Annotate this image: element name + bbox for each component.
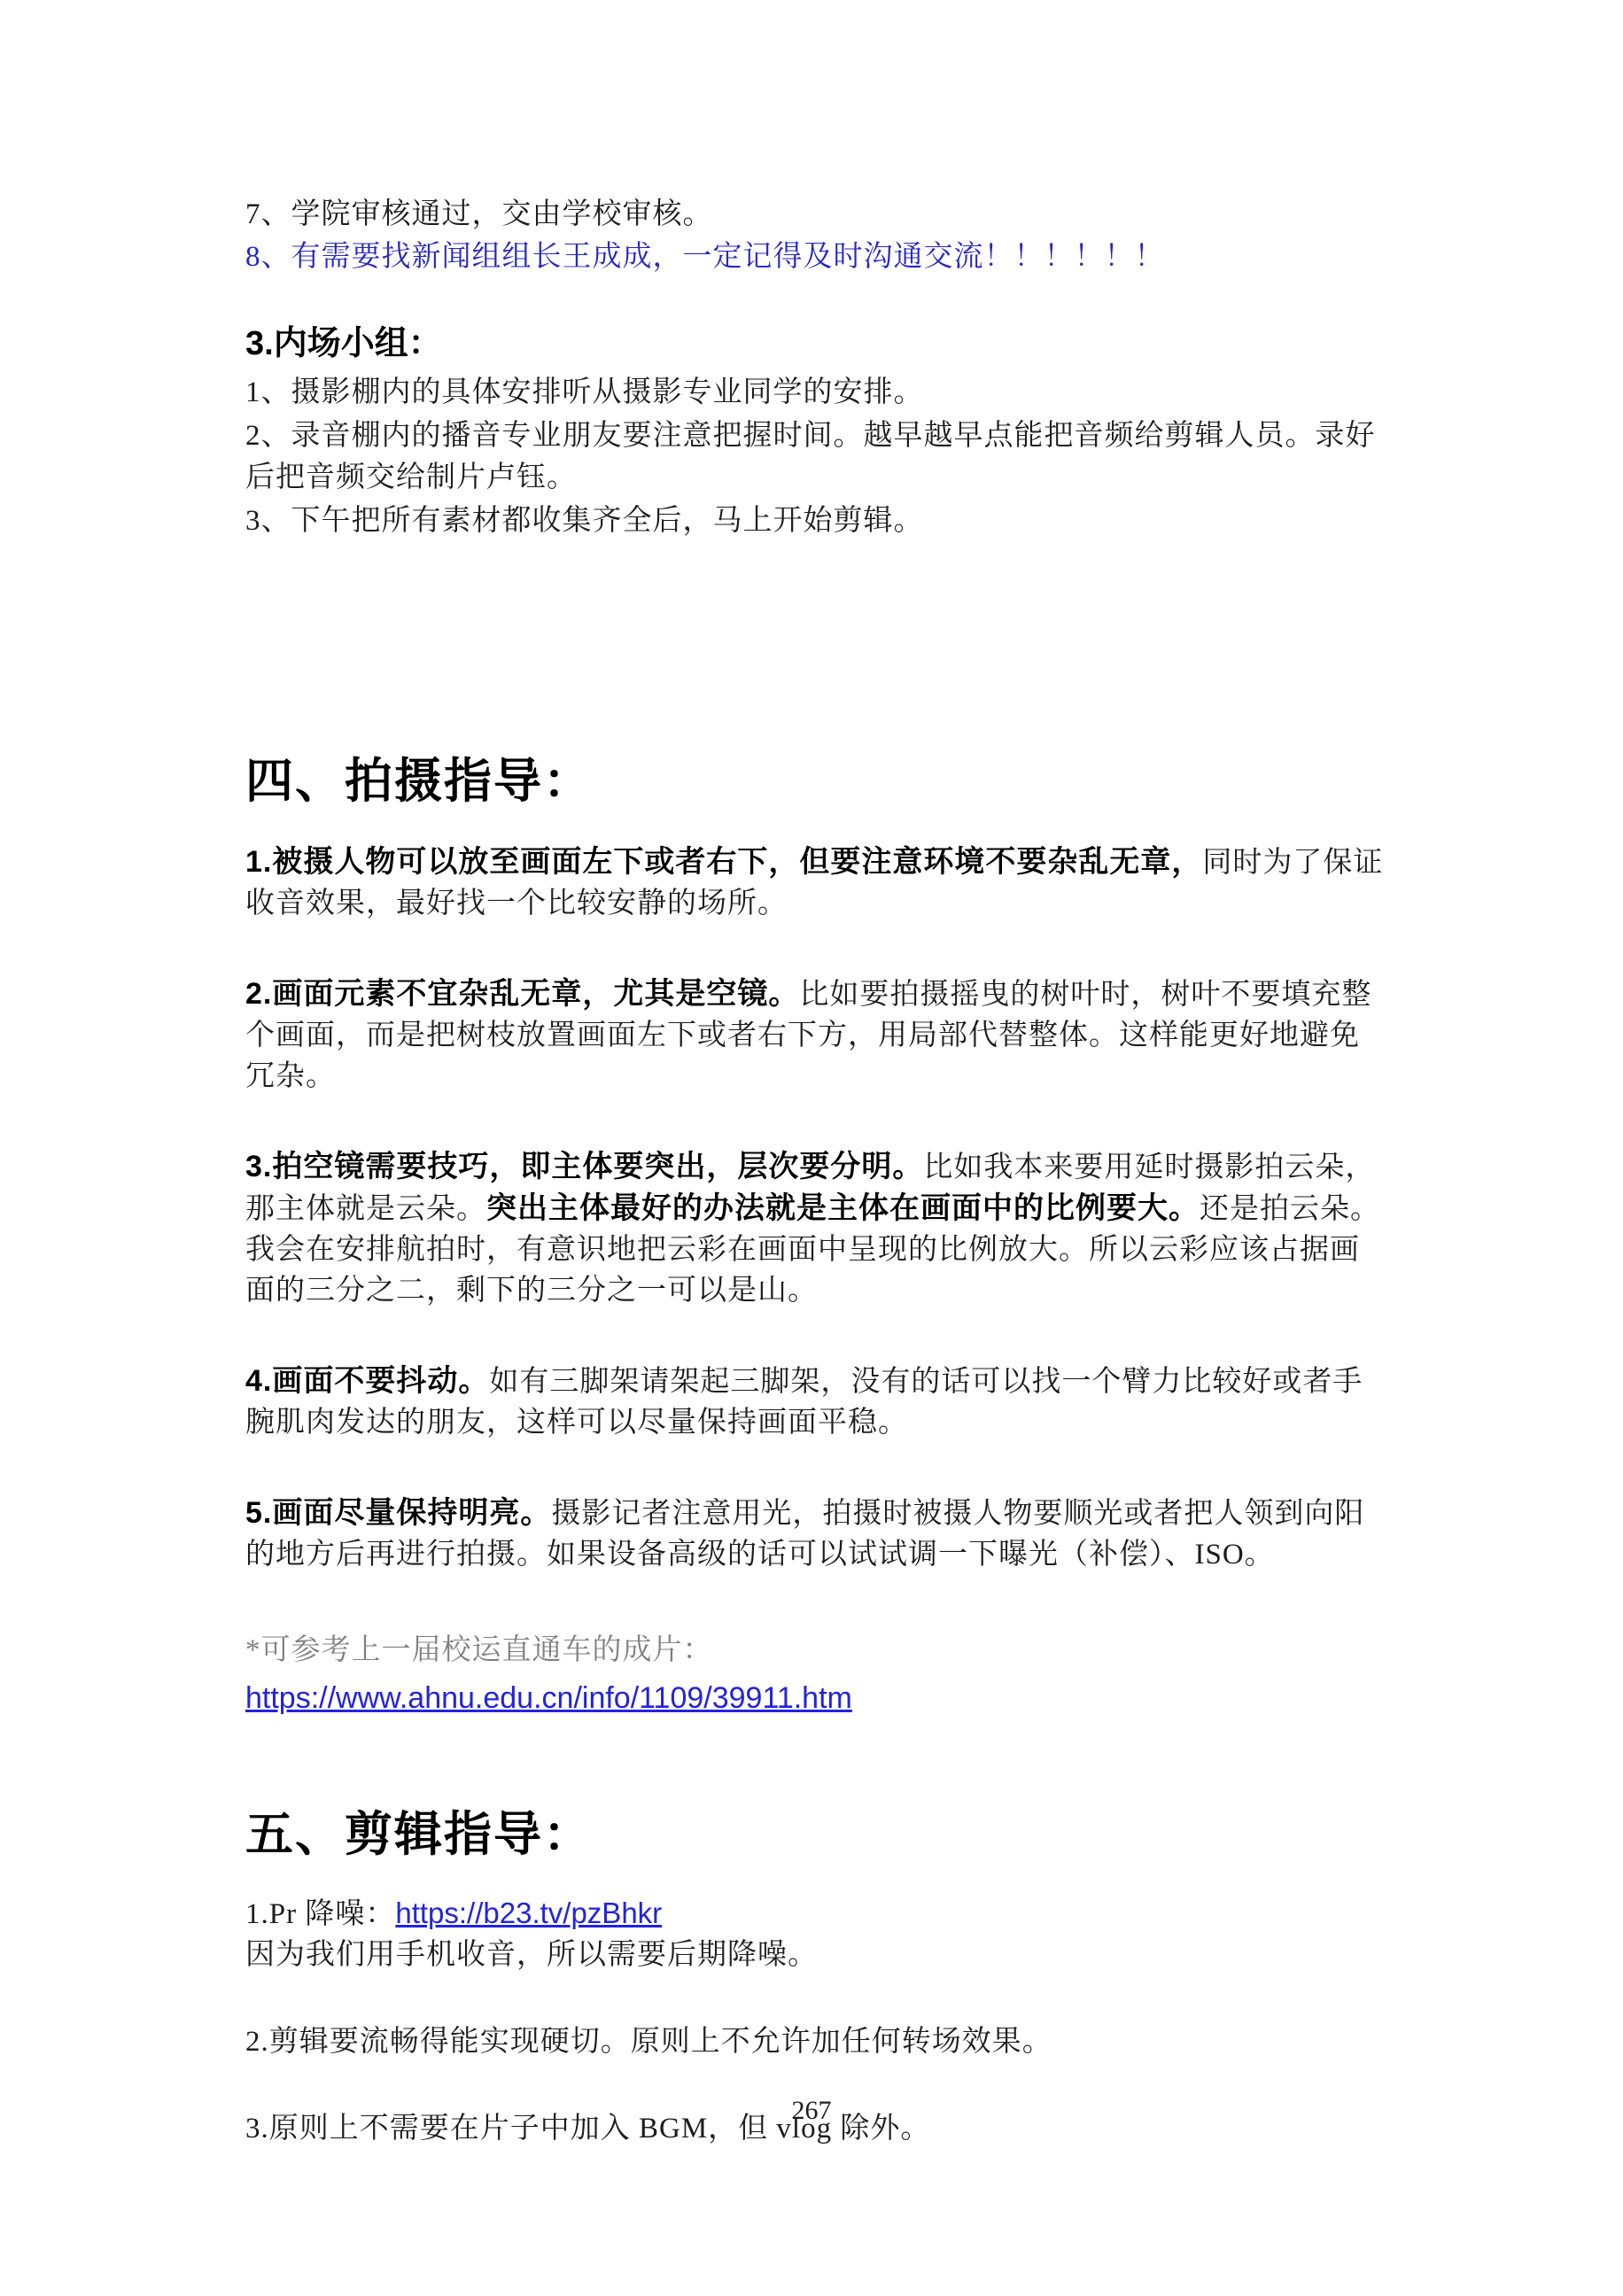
section-3-item-3: 3、下午把所有素材都收集齐全后，马上开始剪辑。	[245, 500, 1386, 542]
reference-link[interactable]: https://www.ahnu.edu.cn/info/1109/39911.…	[245, 1681, 852, 1715]
shooting-tip-4-bold: 4.画面不要抖动。	[245, 1364, 489, 1398]
document-content: 7、学院审核通过，交由学校审核。 8、有需要找新闻组组长王成成，一定记得及时沟通…	[245, 0, 1386, 2149]
editing-tip-1-label: 1.Pr 降噪：	[245, 1898, 395, 1930]
section-3-title: 3.内场小组：	[245, 321, 1386, 367]
section-3-item-2: 2、录音棚内的播音专业朋友要注意把握时间。越早越早点能把音频给剪辑人员。录好后把…	[245, 415, 1386, 499]
shooting-tip-2: 2.画面元素不宜杂乱无章，尤其是空镜。比如要拍摄摇曳的树叶时，树叶不要填充整个画…	[245, 973, 1386, 1097]
section-3-item-1: 1、摄影棚内的具体安排听从摄影专业同学的安排。	[245, 372, 1386, 414]
shooting-tip-3-bold-1: 3.拍空镜需要技巧，即主体要突出，层次要分明。	[245, 1150, 923, 1183]
section-4-heading: 四、拍摄指导：	[245, 753, 1386, 810]
page-number: 267	[0, 2096, 1623, 2126]
editing-tip-2: 2.剪辑要流畅得能实现硬切。原则上不允许加任何转场效果。	[245, 2021, 1386, 2062]
shooting-tip-5: 5.画面尽量保持明亮。摄影记者注意用光，拍摄时被摄人物要顺光或者把人领到向阳的地…	[245, 1493, 1386, 1575]
shooting-tip-2-bold: 2.画面元素不宜杂乱无章，尤其是空镜。	[245, 977, 799, 1011]
intro-item-8: 8、有需要找新闻组组长王成成，一定记得及时沟通交流！！！！！！	[245, 236, 1386, 278]
document-page: 7、学院审核通过，交由学校审核。 8、有需要找新闻组组长王成成，一定记得及时沟通…	[0, 0, 1623, 2296]
reference-link-line: https://www.ahnu.edu.cn/info/1109/39911.…	[245, 1676, 1386, 1721]
shooting-tip-3: 3.拍空镜需要技巧，即主体要突出，层次要分明。比如我本来要用延时摄影拍云朵，那主…	[245, 1146, 1386, 1311]
shooting-tip-5-bold: 5.画面尽量保持明亮。	[245, 1496, 551, 1530]
shooting-tip-4: 4.画面不要抖动。如有三脚架请架起三脚架，没有的话可以找一个臂力比较好或者手腕肌…	[245, 1361, 1386, 1443]
shooting-tip-3-bold-2: 突出主体最好的办法就是主体在画面中的比例要大。	[486, 1191, 1200, 1225]
section-5-heading: 五、剪辑指导：	[245, 1806, 1386, 1863]
intro-list: 7、学院审核通过，交由学校审核。 8、有需要找新闻组组长王成成，一定记得及时沟通…	[245, 0, 1386, 278]
intro-item-7: 7、学院审核通过，交由学校审核。	[245, 193, 1386, 236]
shooting-tip-1-bold: 1.被摄人物可以放至画面左下或者右下，但要注意环境不要杂乱无章，	[245, 845, 1202, 879]
editing-tip-1: 1.Pr 降噪：https://b23.tv/pzBhkr	[245, 1893, 1386, 1935]
editing-tip-1-note: 因为我们用手机收音，所以需要后期降噪。	[245, 1935, 1386, 1975]
section-3-list: 1、摄影棚内的具体安排听从摄影专业同学的安排。 2、录音棚内的播音专业朋友要注意…	[245, 372, 1386, 542]
pr-denoise-link[interactable]: https://b23.tv/pzBhkr	[395, 1897, 662, 1929]
shooting-tip-1: 1.被摄人物可以放至画面左下或者右下，但要注意环境不要杂乱无章，同时为了保证收音…	[245, 842, 1386, 924]
reference-note: *可参考上一届校运直通车的成片：	[245, 1630, 1386, 1671]
